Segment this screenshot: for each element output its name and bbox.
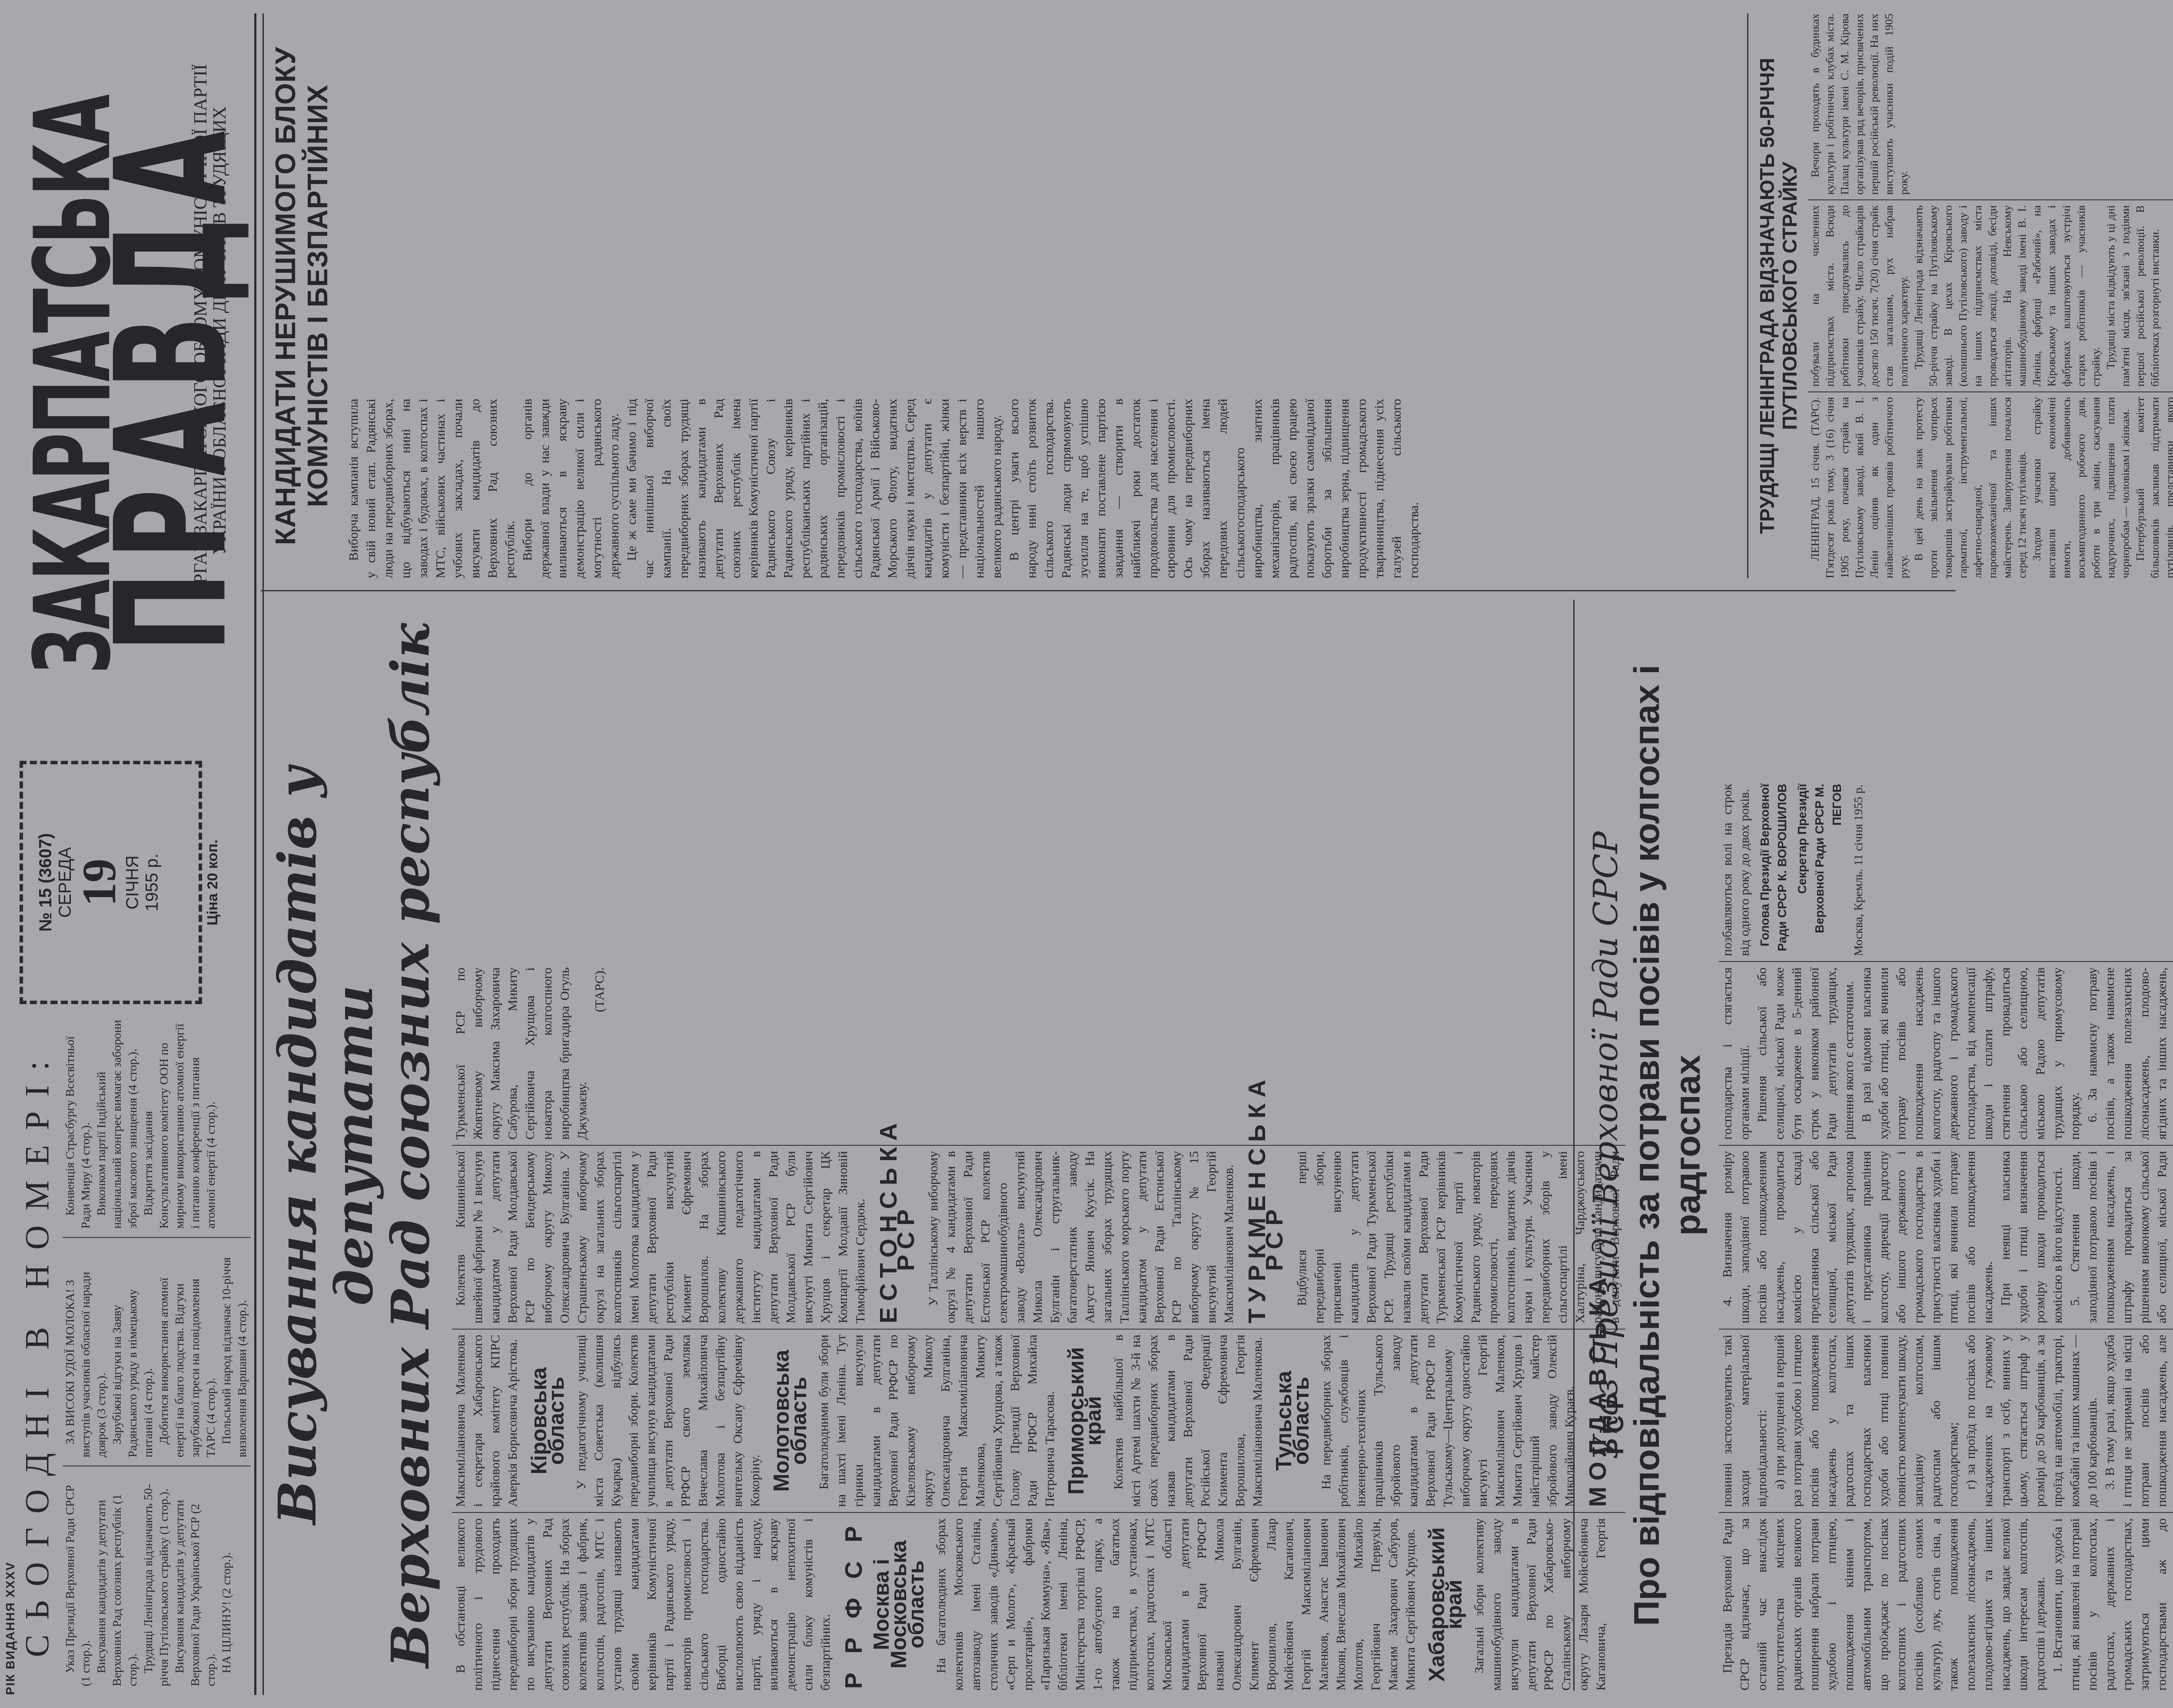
section-heading: ТУРКМЕНСЬКА РСР [1248, 1151, 1283, 1323]
contents-item: Зарубіжні відгуки на Заяву Радянського у… [110, 1246, 156, 1458]
tass-source: (ТАРС). [591, 967, 608, 1140]
section-heading: Приморський край [1067, 1335, 1102, 1507]
masthead-title-line2: ПРАВДА [83, 118, 261, 652]
lead-headline-line2: КОМУНІСТІВ І БЕЗПАРТІЙНИХ [302, 13, 334, 578]
section-heading: Кіровська область [530, 1335, 565, 1507]
dateline-box: № 15 (3607) СЕРЕДА 19 СІЧНЯ 1955 р. [20, 761, 202, 1004]
contents-item: Виконком партії Індійський національний … [94, 1017, 141, 1229]
republics-headline: Висування кандидатів у депутати Верховни… [269, 600, 439, 1691]
decree-paragraph: Рішення сільської або селищної, міської … [1754, 967, 1858, 1140]
leningrad-headline-line1: ТРУДЯЩІ ЛЕНІНГРАДА ВІДЗНАЧАЮТЬ 50-РІЧЧЯ [1756, 13, 1778, 578]
leningrad-paragraph: Вечори проходять в будинках культури і р… [1808, 13, 1911, 195]
newspaper-page: РІК ВИДАННЯ XXXV ЗАКАРПАТСЬКА ПРАВДА ОРГ… [0, 0, 2173, 1708]
contents-item: Висування кандидатів у депутати Верховни… [94, 1475, 141, 1686]
leningrad-body: ЛЕНІНГРАД, 15 січня. (ТАРС). П'ятдесят р… [1808, 13, 2173, 578]
masthead-rule [254, 13, 264, 1695]
decree-signature: Голова Президії Верховної Ради СРСР К. В… [1756, 784, 1791, 956]
section-heading: Тульська область [1275, 1335, 1310, 1507]
price: Ціна 20 коп. [204, 774, 221, 991]
leningrad-paragraph: Згодом учасники страйку виставили широкі… [2030, 397, 2133, 578]
contents-item: Указ Президії Верховної Ради СРСР (1 сто… [63, 1475, 94, 1686]
section-paragraph: На багатолюдних зборах колективів Москов… [933, 1518, 1419, 1691]
contents-item: Добитися використання атомної енергії на… [156, 1246, 219, 1458]
section-paragraph: У педагогічному училищі міста Советська … [573, 1335, 764, 1507]
lead-headline: КАНДИДАТИ НЕРУШИМОГО БЛОКУ КОМУНІСТІВ І … [269, 13, 334, 578]
contents-list: Указ Президії Верховної Ради СРСР (1 сто… [63, 1013, 250, 1691]
republics-intro: В обстановці великого політичного і труд… [452, 1518, 834, 1691]
section-heading: Молотовська область [773, 1335, 807, 1507]
decree-body: Президія Верховної Ради СРСР відзначає, … [1719, 600, 2173, 1691]
contents-box: СЬОГОДНІ В НОМЕРІ: Указ Президії Верховн… [17, 1013, 252, 1691]
contents-item: НА ЦІЛИНУ! (2 стор.). [219, 1475, 235, 1686]
leningrad-paragraph: Трудящі Ленінграда відзначають 50-річчя … [1911, 205, 2103, 386]
decree-paragraph: Президія Верховної Ради СРСР відзначає, … [1719, 1518, 2049, 1691]
decree-paragraph: В разі відмови власника худоби або птиці… [1858, 967, 2084, 1140]
masthead-subtitle: ОРГАН ЗАКАРПАТСЬКОГО ОБКОМУ КОМУНІСТИЧНО… [191, 5, 229, 657]
contents-item: Висування кандидатів у депутати Верховно… [172, 1475, 219, 1686]
republics-body: В обстановці великого політичного і труд… [452, 600, 1625, 1691]
month: СІЧНЯ [123, 764, 143, 1001]
contents-item: Польський народ відзначає 10-річчя визво… [219, 1246, 250, 1458]
decree-signature: Секретар Президії Верховної Ради СРСР М.… [1794, 784, 1846, 956]
decree-paragraph: При неявці власника худоби і птиці визна… [1997, 1151, 2067, 1323]
section-paragraph: Колектив найбільшої в місті Артемі шахти… [1110, 1335, 1266, 1507]
republics-article: Висування кандидатів у депутати Верховни… [269, 600, 1625, 1691]
section-paragraph: У Таллінському виборчому окрузі № 4 канд… [925, 1151, 1238, 1323]
masthead-subtitle-line2: УКРАЇНИ І ОБЛАСНОЇ РАДИ ДЕПУТАТІВ ТРУДЯЩ… [210, 5, 229, 657]
section-heading: Москва і Московська область [873, 1518, 925, 1691]
decree-headline: Про відповідальність за потрави посівів … [1627, 600, 1708, 1691]
lead-paragraph: Це ж саме ми бачимо і під час нинішньої … [623, 399, 1006, 578]
decree-paragraph: а) при допущенні в перший раз потрави ху… [1771, 1335, 1962, 1507]
leningrad-headline: ТРУДЯЩІ ЛЕНІНГРАДА ВІДЗНАЧАЮТЬ 50-РІЧЧЯ … [1756, 13, 1801, 578]
column-divider [261, 590, 1956, 591]
contents-item: ЗА ВИСОКІ УДОЇ МОЛОКА! З виступів учасни… [63, 1246, 110, 1458]
leningrad-article: ТРУДЯЩІ ЛЕНІНГРАДА ВІДЗНАЧАЮТЬ 50-РІЧЧЯ … [1756, 13, 2173, 578]
decree-top-rule [1573, 600, 1575, 1691]
lead-paragraph: Вибори до органів державної влади у нас … [519, 399, 623, 578]
year: 1955 р. [143, 764, 162, 1001]
section-heading: Р Р Ф С Р [845, 1518, 862, 1691]
issue-number: № 15 (3607) [36, 764, 56, 1001]
decree-paragraph: 5. Стягнення шкоди, заподіяної потравою … [2067, 1151, 2173, 1323]
day: 19 [75, 764, 123, 1001]
lead-headline-line1: КАНДИДАТИ НЕРУШИМОГО БЛОКУ [269, 13, 302, 578]
contents-item: Трудящі Ленінграда відзначають 50-річчя … [141, 1475, 172, 1686]
decree-paragraph: 1. Встановити, що худоба і птиця, які ви… [2049, 1518, 2173, 1691]
decree-paragraph: 3. В тому разі, якщо худоба і птиця не з… [2101, 1335, 2173, 1507]
republics-headline-line1: Висування кандидатів у депутати [269, 600, 382, 1691]
section-paragraph: Колектив Кишинівської швейної фабрики № … [452, 1151, 869, 1323]
decree-paragraph: г) за проїзд по посівах або насадженнях … [1962, 1335, 2101, 1507]
leningrad-paragraph: ЛЕНІНГРАД, 15 січня. (ТАРС). П'ятдесят р… [1808, 397, 1911, 578]
decree-place-date: Москва, Кремль. 11 січня 1955 р. [1850, 784, 1867, 956]
leningrad-top-rule [1747, 13, 1748, 578]
lead-paragraph: Виборча кампанія вступила у свій новий е… [345, 399, 519, 578]
decree-kicker: Указ Президії Верховної Ради СРСР [1586, 600, 1625, 1691]
contents-heading: СЬОГОДНІ В НОМЕРІ: [17, 1013, 56, 1691]
lead-paragraph: В центрі уваги всього народу нині стоїть… [1006, 399, 1423, 578]
contents-item: Конвенція Страсбургу Всесвітньої Ради Ми… [63, 1017, 94, 1229]
leningrad-headline-line2: ПУТІЛОВСЬКОГО СТРАЙКУ [1778, 13, 1801, 578]
contents-item: Відкриття засідання Консультативного ком… [141, 1017, 219, 1229]
section-paragraph: На передвиборних зборах робітників, служ… [1318, 1335, 1578, 1507]
section-heading: ЕСТОНСЬКА РСР [880, 1151, 914, 1323]
leningrad-paragraph: В цей день на знак протесту проти звільн… [1911, 397, 2030, 578]
republics-headline-line2: Верховних Рад союзних республік [382, 600, 439, 1691]
leningrad-paragraph: Трудящі міста відвідують у ці дні пам'ят… [2103, 205, 2163, 386]
masthead-subtitle-line1: ОРГАН ЗАКАРПАТСЬКОГО ОБКОМУ КОМУНІСТИЧНО… [191, 5, 210, 657]
section-paragraph: Багатолюдними були збори на шахті імені … [815, 1335, 1059, 1507]
year-of-publication: РІК ВИДАННЯ XXXV [3, 1562, 17, 1695]
section-heading: Хабаровський край [1428, 1518, 1463, 1691]
decree-article: Указ Президії Верховної Ради СРСР Про ві… [1586, 600, 2173, 1691]
decree-paragraph: 4. Визначення розміру шкоди, заподіяної … [1719, 1151, 1997, 1323]
